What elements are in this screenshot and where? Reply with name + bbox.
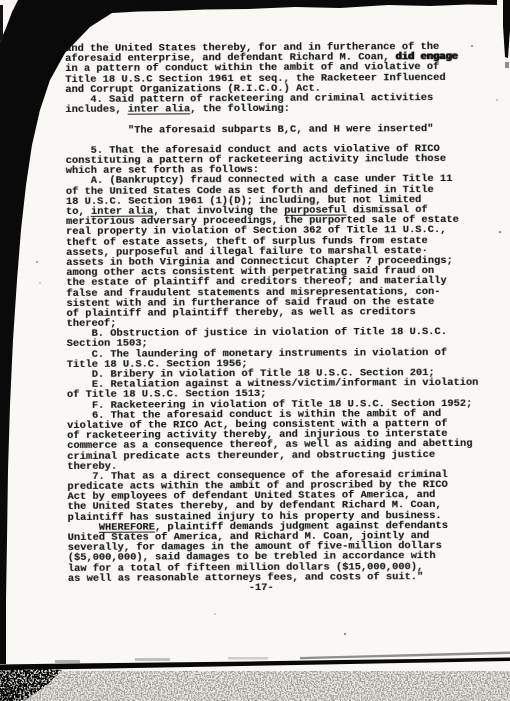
scanned-document-page: and the United States thereby, for and i… bbox=[0, 0, 510, 701]
scan-line-smudge-2 bbox=[135, 658, 170, 661]
bottom-strip-noise bbox=[0, 671, 510, 701]
bottom-left-noise-dense bbox=[0, 684, 26, 701]
top-edge-smudge bbox=[18, 0, 497, 13]
left-edge-line bbox=[0, 5, 3, 41]
bottom-left-noise bbox=[0, 667, 62, 701]
document-text: and the United States thereby, for and i… bbox=[65, 42, 479, 594]
text-line: "The aforesaid subparts B,C, and H were … bbox=[65, 123, 477, 135]
right-edge-smudge bbox=[503, 0, 510, 58]
right-edge-tick bbox=[505, 62, 509, 68]
page-number: -17- bbox=[68, 582, 480, 594]
bottom-scan-line-upper bbox=[300, 652, 510, 660]
scan-line-smudge-3 bbox=[228, 657, 268, 660]
bottom-scan-line bbox=[0, 658, 510, 671]
bottom-strip-tint bbox=[0, 671, 510, 701]
scan-line-smudge-1 bbox=[55, 660, 80, 663]
text-line: criminal predicate acts thereunder, and … bbox=[67, 449, 479, 461]
bottom-left-corner-dark bbox=[0, 690, 14, 701]
